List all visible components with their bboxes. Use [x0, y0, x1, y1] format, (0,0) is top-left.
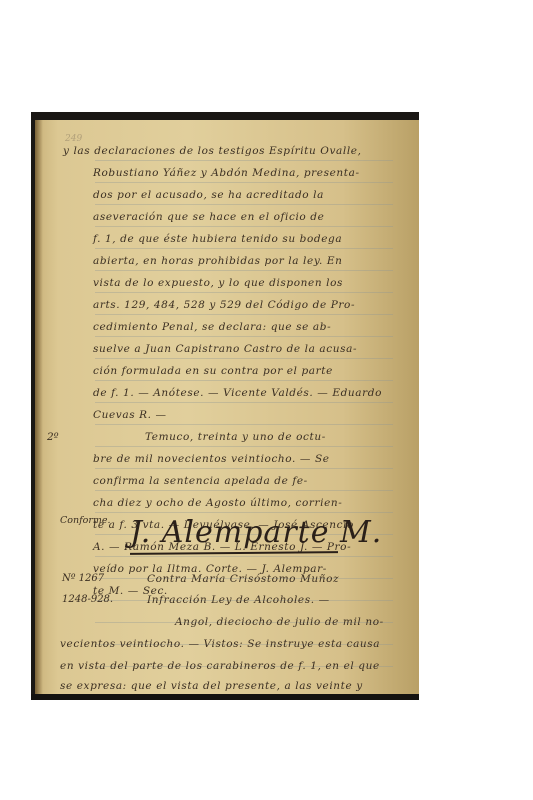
- case-number: Nº 1267: [62, 573, 104, 584]
- signature: J. Alemparte M.: [130, 515, 382, 550]
- text-line: vecientos veintiocho. — Vistos: Se instr…: [60, 638, 380, 650]
- signature-underline: [130, 551, 338, 555]
- page-overlay: Conforme. J. Alemparte M. Nº 1267 1248-9…: [35, 120, 419, 694]
- text-line: en vista del parte de los carabineros de…: [60, 660, 380, 672]
- case-subject: Infracción Ley de Alcoholes. —: [147, 594, 330, 606]
- case-title: Contra María Crisóstomo Muñoz: [147, 573, 339, 585]
- case-reference: 1248-928.: [62, 594, 113, 605]
- text-line: Angol, dieciocho de julio de mil no-: [175, 616, 384, 628]
- conforme-label: Conforme.: [60, 515, 111, 526]
- text-line: se expresa: que el vista del presente, a…: [60, 680, 363, 692]
- photo-frame-edge: [31, 694, 419, 700]
